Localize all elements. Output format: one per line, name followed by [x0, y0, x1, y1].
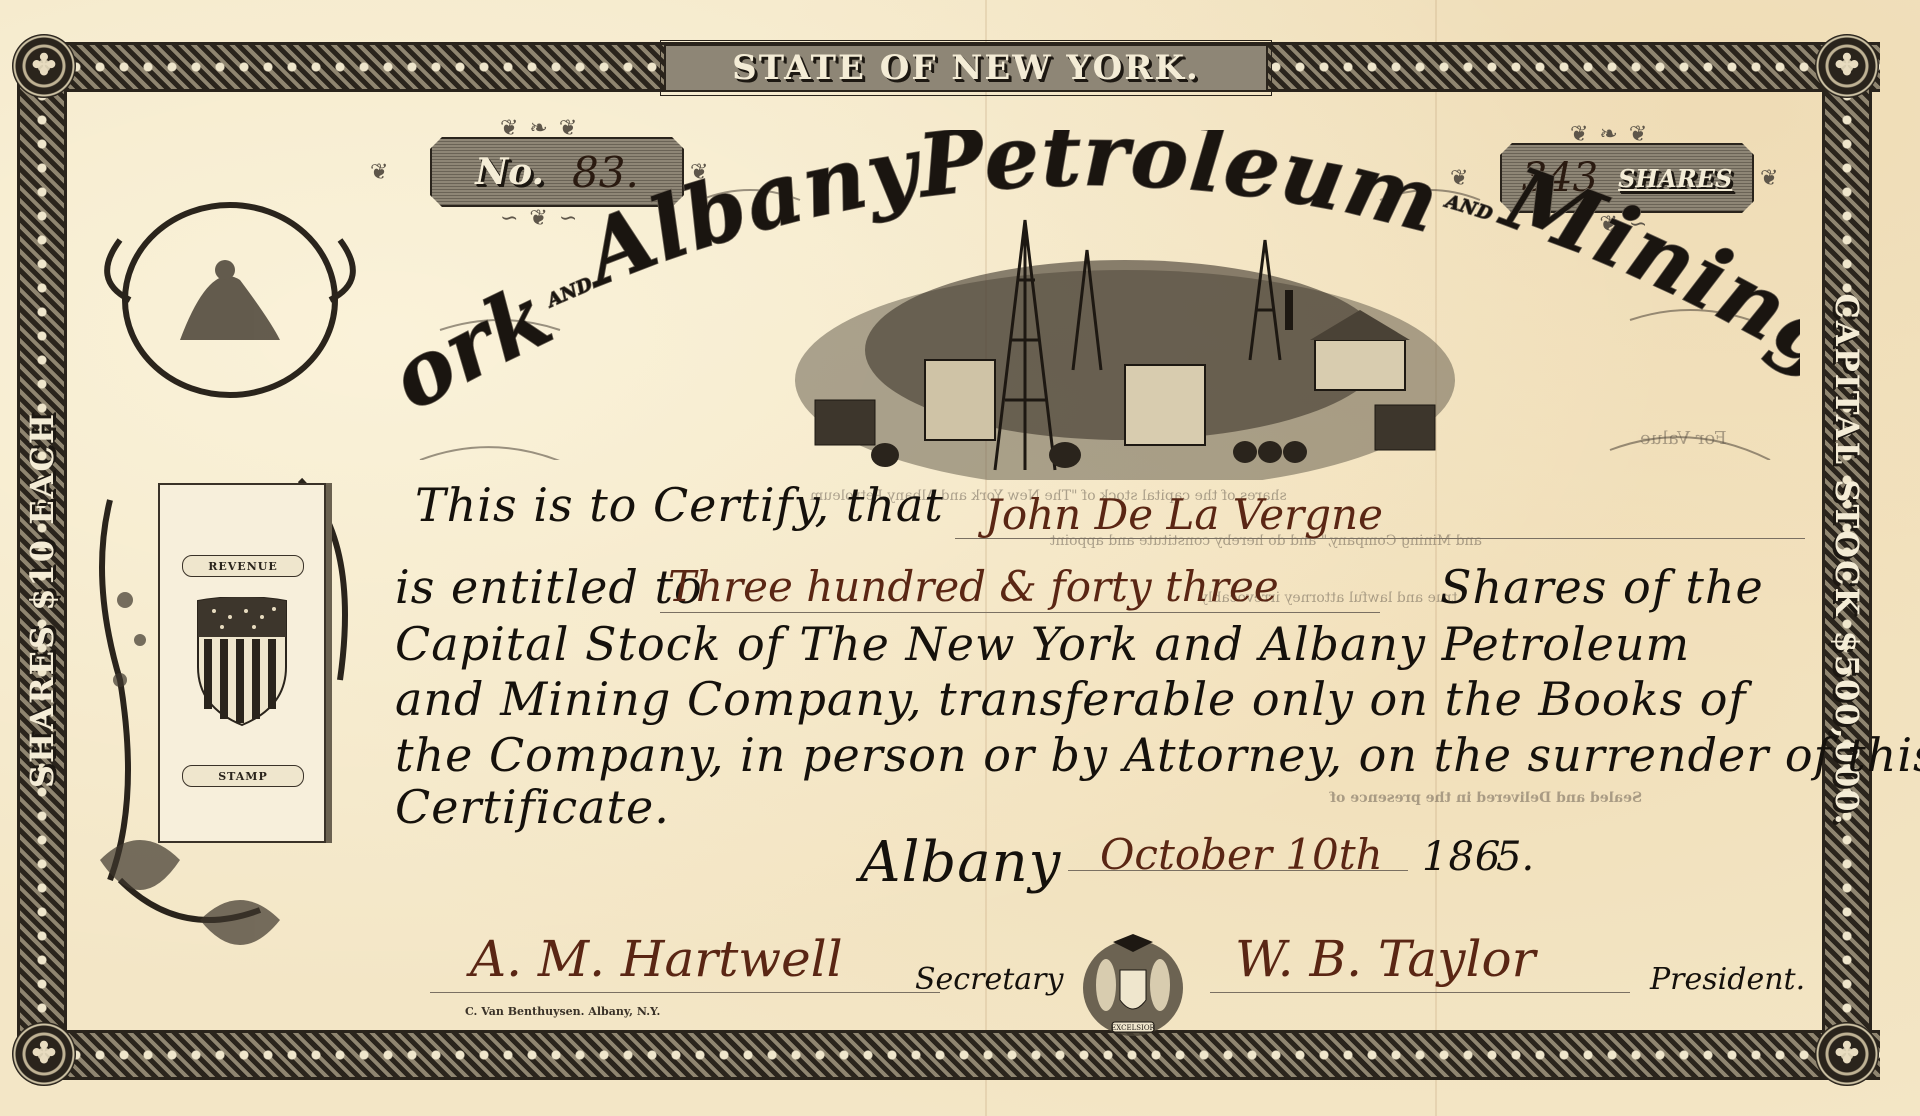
state-seal-icon: EXCELSIOR [1078, 930, 1188, 1040]
stamp-banner: STAMP [182, 765, 304, 787]
corner-medallion-icon: ✤ [1815, 34, 1879, 98]
date-place: Albany [860, 830, 1061, 895]
date-year-suffix: 5. [1496, 834, 1534, 880]
president-signature-line [1210, 992, 1630, 993]
holder-name: John De La Vergne [985, 490, 1383, 539]
corner-medallion-icon: ✤ [12, 34, 76, 98]
secretary-signature: A. M. Hartwell [470, 930, 843, 988]
par-value-border-text: SHARES $10 EACH [23, 412, 61, 788]
state-header: STATE OF NEW YORK. [732, 48, 1200, 88]
date-month-day: October 10th [1100, 830, 1383, 879]
secretary-signature-line [430, 992, 940, 993]
body-line-4: and Mining Company, transferable only on… [395, 672, 1746, 726]
shares-written-line [660, 612, 1380, 613]
revenue-banner: REVENUE [182, 555, 304, 577]
body-line-6: Certificate. [395, 780, 670, 834]
body-line-5: the Company, in person or by Attorney, o… [395, 728, 1920, 782]
oil-field-vignette [725, 190, 1525, 480]
secretary-title: Secretary [915, 962, 1063, 997]
bleed-through-text: For Value [1640, 428, 1727, 449]
revenue-stamp-box: REVENUE STAMP [158, 483, 326, 843]
shield-icon [194, 597, 290, 727]
state-header-panel: STATE OF NEW YORK. [664, 44, 1268, 92]
body-line-3: Capital Stock of The New York and Albany… [395, 617, 1690, 671]
shares-written: Three hundred & forty three [668, 562, 1279, 611]
bleed-through-text: Sealed and Delivered in the presence of [1330, 790, 1642, 806]
svg-text:EXCELSIOR: EXCELSIOR [1111, 1024, 1155, 1032]
border-bottom [40, 1030, 1880, 1080]
entitled-prefix: is entitled to [395, 560, 703, 614]
shares-of-the: Shares of the [1440, 560, 1764, 614]
president-signature: W. B. Taylor [1235, 930, 1536, 988]
corner-medallion-icon: ✤ [12, 1022, 76, 1086]
certify-prefix: This is to Certify, that [415, 478, 944, 532]
corner-medallion-icon: ✤ [1815, 1022, 1879, 1086]
engraver-credit: C. Van Benthuysen. Albany, N.Y. [465, 1005, 660, 1018]
date-year-prefix: 186 [1422, 834, 1501, 880]
president-title: President. [1650, 962, 1805, 997]
